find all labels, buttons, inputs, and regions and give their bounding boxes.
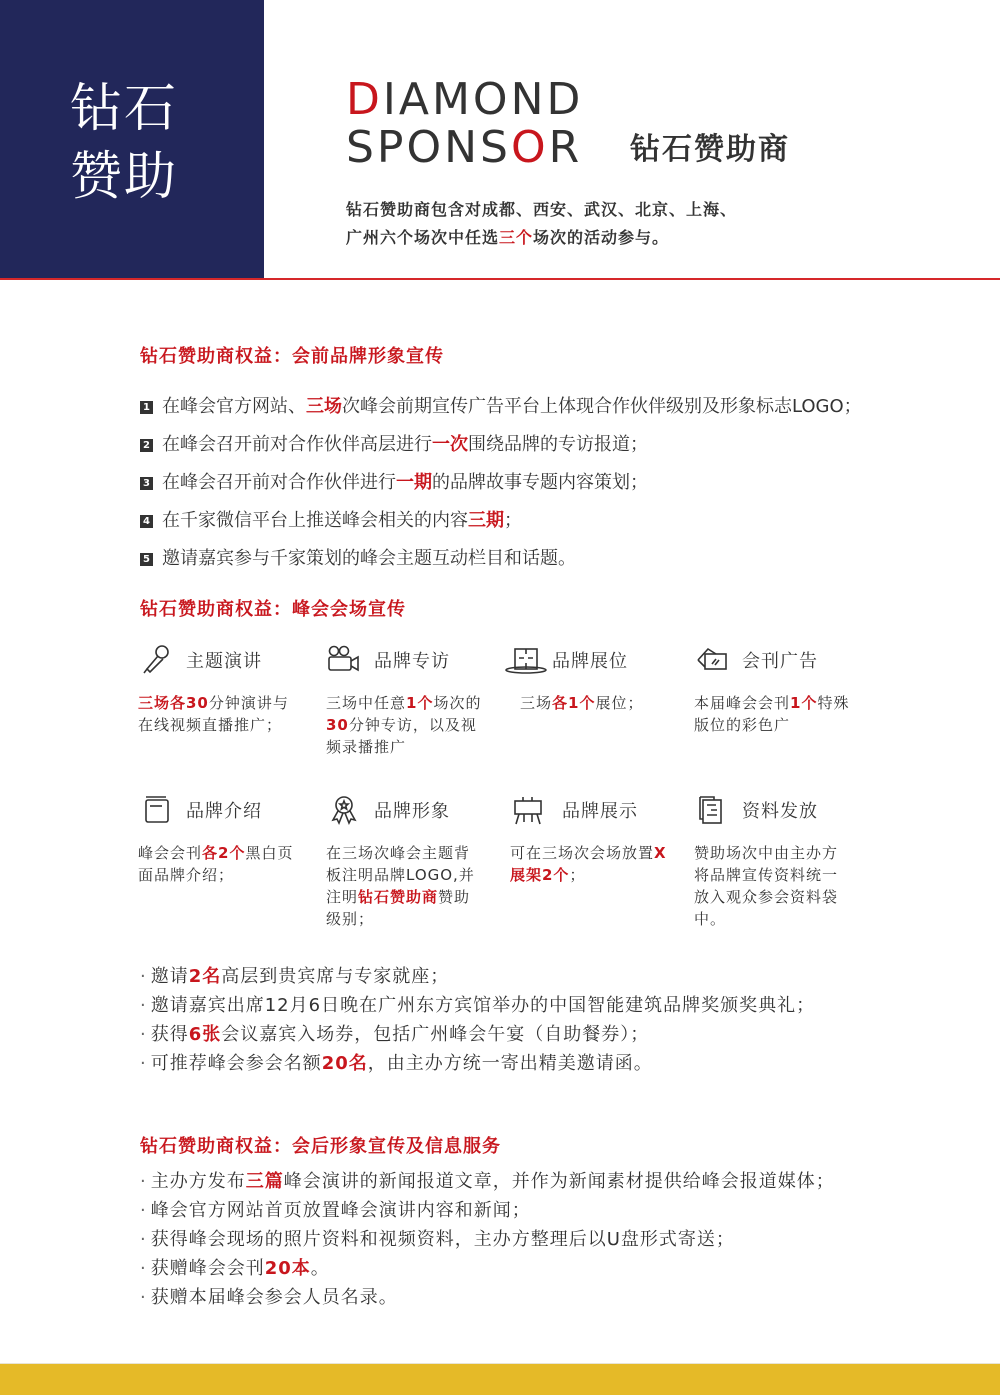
desc-text: 展位； (595, 694, 643, 712)
award-badge-icon (326, 794, 362, 826)
desc-highlight: 各1个 (552, 694, 595, 712)
item-text: 邀请嘉宾参与千家策划的峰会主题互动栏目和话题。 (162, 547, 576, 571)
benefit-title: 品牌展示 (562, 797, 638, 823)
benefit-title: 品牌专访 (374, 647, 450, 673)
section-title-venue: 钻石赞助商权益：峰会会场宣传 (140, 598, 406, 622)
item-highlight: 6张 (189, 1024, 222, 1045)
intro-highlight: 三个 (499, 228, 533, 247)
bullet-dot: · (140, 1200, 147, 1221)
video-camera-icon (326, 644, 362, 676)
list-item: 1在峰会官方网站、三场次峰会前期宣传广告平台上体现合作伙伴级别及形象标志LOGO… (140, 388, 940, 426)
item-text: 获得 (151, 1024, 189, 1045)
bullet-dot: · (140, 1171, 147, 1192)
item-highlight: 20本 (265, 1258, 311, 1279)
intro-line2: 广州六个场次中任选三个场次的活动参与。 (346, 224, 786, 252)
benefit-title: 品牌介绍 (186, 797, 262, 823)
item-text: 获赠峰会会刊 (151, 1258, 265, 1279)
list-item: 3在峰会召开前对合作伙伴进行一期的品牌故事专题内容策划； (140, 464, 940, 502)
bullet-dot: · (140, 1258, 147, 1279)
item-text: ，由主办方统一寄出精美邀请函。 (368, 1053, 653, 1074)
documents-icon (694, 794, 730, 826)
english-part: R (549, 122, 583, 173)
benefit-desc: 峰会会刊各2个黑白页面品牌介绍； (138, 842, 298, 886)
header-divider (0, 278, 1000, 280)
desc-highlight: 三场各30 (138, 694, 209, 712)
desc-highlight: 1个 (790, 694, 817, 712)
item-text: 。 (311, 1258, 330, 1279)
desc-text: ； (569, 866, 585, 884)
item-highlight: 一期 (396, 471, 432, 495)
benefit-title: 品牌形象 (374, 797, 450, 823)
desc-text: 三场 (520, 694, 552, 712)
intro-text-part: 场次的活动参与。 (533, 228, 669, 247)
intro-line1: 钻石赞助商包含对成都、西安、武汉、北京、上海、 (346, 196, 786, 224)
desc-text: 三场中任意 (326, 694, 406, 712)
desc-text: 分钟专访，以及视频录播推广 (326, 716, 477, 756)
benefit-title: 资料发放 (742, 797, 818, 823)
magazine-ad-icon (694, 644, 730, 676)
benefit-desc: 可在三场次会场放置X展架2个； (510, 842, 670, 886)
post-event-bullets: ·主办方发布三篇峰会演讲的新闻报道文章，并作为新闻素材提供给峰会报道媒体； ·峰… (140, 1167, 960, 1312)
desc-highlight: 钻石赞助商 (358, 888, 438, 906)
item-text: 高层到贵宾席与专家就座； (221, 966, 449, 987)
english-title-line1: DIAMOND (346, 76, 583, 124)
item-text: 可推荐峰会参会名额 (151, 1053, 322, 1074)
desc-text: 可在三场次会场放置 (510, 844, 654, 862)
number-badge: 5 (140, 553, 153, 566)
footer-bar (0, 1363, 1000, 1395)
easel-icon (510, 794, 546, 826)
english-part: SPONS (346, 122, 511, 173)
benefit-card: 品牌专访 三场中任意1个场次的30分钟专访，以及视频录播推广 (326, 640, 501, 758)
item-highlight: 一次 (432, 433, 468, 457)
number-badge: 4 (140, 515, 153, 528)
desc-highlight: 30 (326, 716, 349, 734)
desc-highlight: 1个 (406, 694, 433, 712)
benefit-desc: 赞助场次中由主办方将品牌宣传资料统一放入观众参会资料袋中。 (694, 842, 839, 930)
number-badge: 1 (140, 401, 153, 414)
booth-icon (504, 644, 550, 676)
page-header: 钻石 赞助 DIAMOND SPONSOR 钻石赞助商 钻石赞助商包含对成都、西… (0, 0, 1000, 280)
item-text: 在峰会官方网站、 (162, 395, 306, 419)
item-text: 围绕品牌的专访报道； (468, 433, 648, 457)
list-item: ·获赠峰会会刊20本。 (140, 1254, 960, 1283)
desc-text: 本届峰会会刊 (694, 694, 790, 712)
english-title-line2: SPONSOR (346, 124, 582, 172)
list-item: ·邀请嘉宾出席12月6日晚在广州东方宾馆举办的中国智能建筑品牌奖颁奖典礼； (140, 991, 960, 1020)
benefit-title: 主题演讲 (186, 647, 262, 673)
list-item: ·获得6张会议嘉宾入场券，包括广州峰会午宴（自助餐券）； (140, 1020, 960, 1049)
item-highlight: 三场 (306, 395, 342, 419)
item-text: 的品牌故事专题内容策划； (432, 471, 648, 495)
benefit-card: 品牌介绍 峰会会刊各2个黑白页面品牌介绍； (138, 790, 313, 886)
bullet-dot: · (140, 1053, 147, 1074)
intro-text: 钻石赞助商包含对成都、西安、武汉、北京、上海、 广州六个场次中任选三个场次的活动… (346, 196, 786, 252)
benefit-desc: 三场各30分钟演讲与在线视频直播推广； (138, 692, 298, 736)
item-highlight: 三篇 (246, 1171, 284, 1192)
benefit-card: 资料发放 赞助场次中由主办方将品牌宣传资料统一放入观众参会资料袋中。 (694, 790, 869, 930)
section-title-post-event: 钻石赞助商权益：会后形象宣传及信息服务 (140, 1135, 501, 1159)
item-text: 邀请 (151, 966, 189, 987)
benefit-card: 会刊广告 本届峰会会刊1个特殊版位的彩色广 (694, 640, 869, 736)
item-highlight: 三期 (468, 509, 504, 533)
number-badge: 3 (140, 477, 153, 490)
desc-highlight: 各2个 (202, 844, 245, 862)
list-item: ·峰会官方网站首页放置峰会演讲内容和新闻； (140, 1196, 960, 1225)
item-highlight: 20名 (322, 1053, 368, 1074)
english-red-letter: O (511, 122, 549, 173)
benefit-card: 品牌形象 在三场次峰会主题背板注明品牌LOGO,并注明钻石赞助商赞助级别； (326, 790, 501, 930)
item-highlight: 2名 (189, 966, 222, 987)
benefit-card: 品牌展位 三场各1个展位； (504, 640, 679, 714)
bullet-dot: · (140, 1229, 147, 1250)
item-text: 在峰会召开前对合作伙伴高层进行 (162, 433, 432, 457)
brochure-icon (138, 794, 174, 826)
list-item: ·获得峰会现场的照片资料和视频资料，主办方整理后以U盘形式寄送； (140, 1225, 960, 1254)
item-text: 邀请嘉宾出席12月6日晚在广州东方宾馆举办的中国智能建筑品牌奖颁奖典礼； (151, 995, 815, 1016)
item-text: 峰会演讲的新闻报道文章，并作为新闻素材提供给峰会报道媒体； (284, 1171, 835, 1192)
item-text: 峰会官方网站首页放置峰会演讲内容和新闻； (151, 1200, 531, 1221)
english-rest: IAMOND (383, 74, 583, 125)
item-text: 主办方发布 (151, 1171, 246, 1192)
desc-text: 场次的 (433, 694, 481, 712)
pre-event-benefits-list: 1在峰会官方网站、三场次峰会前期宣传广告平台上体现合作伙伴级别及形象标志LOGO… (140, 388, 940, 578)
desc-text: 赞助场次中由主办方将品牌宣传资料统一放入观众参会资料袋中。 (694, 844, 838, 928)
list-item: ·主办方发布三篇峰会演讲的新闻报道文章，并作为新闻素材提供给峰会报道媒体； (140, 1167, 960, 1196)
page-title: 钻石赞助商 (630, 132, 790, 168)
item-text: 在峰会召开前对合作伙伴进行 (162, 471, 396, 495)
english-initial: D (346, 74, 383, 125)
item-text: 在千家微信平台上推送峰会相关的内容 (162, 509, 468, 533)
item-text: 会议嘉宾入场券，包括广州峰会午宴（自助餐券）； (221, 1024, 649, 1045)
block-title-line2: 赞助 (70, 146, 190, 208)
list-item: ·邀请2名高层到贵宾席与专家就座； (140, 962, 960, 991)
item-text: 获得峰会现场的照片资料和视频资料，主办方整理后以U盘形式寄送； (151, 1229, 735, 1250)
item-text: ； (504, 509, 522, 533)
microphone-icon (138, 644, 174, 676)
desc-text: 峰会会刊 (138, 844, 202, 862)
title-block: 钻石 赞助 (0, 0, 264, 278)
benefit-card: 主题演讲 三场各30分钟演讲与在线视频直播推广； (138, 640, 313, 736)
item-text: 获赠本届峰会参会人员名录。 (151, 1287, 398, 1308)
item-text: 次峰会前期宣传广告平台上体现合作伙伴级别及形象标志LOGO； (342, 395, 862, 419)
venue-extra-bullets: ·邀请2名高层到贵宾席与专家就座； ·邀请嘉宾出席12月6日晚在广州东方宾馆举办… (140, 962, 960, 1078)
benefit-title: 会刊广告 (742, 647, 818, 673)
bullet-dot: · (140, 995, 147, 1016)
bullet-dot: · (140, 1287, 147, 1308)
list-item: 5邀请嘉宾参与千家策划的峰会主题互动栏目和话题。 (140, 540, 940, 578)
block-title-line1: 钻石 (70, 78, 190, 140)
list-item: 4在千家微信平台上推送峰会相关的内容三期； (140, 502, 940, 540)
benefit-desc: 本届峰会会刊1个特殊版位的彩色广 (694, 692, 854, 736)
intro-text-part: 广州六个场次中任选 (346, 228, 499, 247)
benefit-desc: 在三场次峰会主题背板注明品牌LOGO,并注明钻石赞助商赞助级别； (326, 842, 476, 930)
section-title-pre-event: 钻石赞助商权益：会前品牌形象宣传 (140, 345, 444, 369)
benefit-desc: 三场中任意1个场次的30分钟专访，以及视频录播推广 (326, 692, 486, 758)
benefit-desc: 三场各1个展位； (504, 692, 664, 714)
number-badge: 2 (140, 439, 153, 452)
bullet-dot: · (140, 1024, 147, 1045)
list-item: ·可推荐峰会参会名额20名，由主办方统一寄出精美邀请函。 (140, 1049, 960, 1078)
benefit-title: 品牌展位 (552, 647, 628, 673)
list-item: 2在峰会召开前对合作伙伴高层进行一次围绕品牌的专访报道； (140, 426, 940, 464)
list-item: ·获赠本届峰会参会人员名录。 (140, 1283, 960, 1312)
bullet-dot: · (140, 966, 147, 987)
benefit-card: 品牌展示 可在三场次会场放置X展架2个； (510, 790, 685, 886)
